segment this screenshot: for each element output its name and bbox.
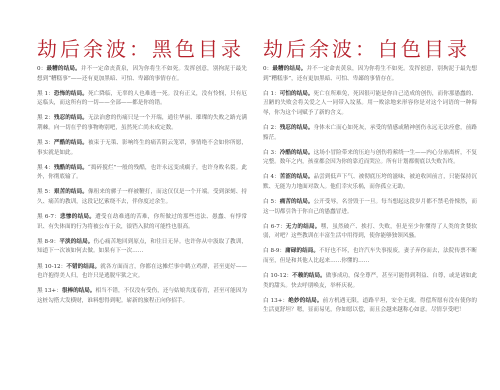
black-entry-6: 黑 6-7：悲惨的结局。遭受在劫难逃的苦难，你所做过的那些违法、愚蠢、有悖常识、… <box>37 213 247 232</box>
entry-heading: 悲惨的结局。 <box>60 214 95 220</box>
white-entry-8: 白 10-12：不赖的结局。做事成功，保全尊严，甚至可能得到利益、自尊，或是诸如… <box>263 272 477 291</box>
entry-range: 白 10-12： <box>263 273 292 279</box>
entry-range: 黑 13+： <box>37 288 62 294</box>
white-entry-2: 白 2：残忍的结局。身体未亡而心如死灰，承受的情感或精神创伤永远无法痊愈，前路黯… <box>263 124 477 143</box>
page: 劫后余波：黑色目录 0：最糟的结局。并不一定命丧黄泉，因为你将生不如死。发挥创意… <box>0 0 500 390</box>
entry-heading: 很棒的结局。 <box>62 288 96 294</box>
white-entry-6: 白 6-7：无力的结局。嘿，虽然破产、挨打、失败，但是至少你懂得了人类的贪婪软弱… <box>263 223 477 242</box>
entry-heading: 庸碌的结局。 <box>285 248 319 254</box>
entry-heading: 残忍的结局。 <box>54 115 88 121</box>
entry-range: 黑 4： <box>37 165 54 171</box>
black-entry-3: 黑 3：严酷的结局。被束于无策、影响终生的痛苦阴云笼罩，事情绝不会如你所愿，事实… <box>37 139 247 158</box>
black-entry-8: 黑 10-12：不错的结局。就各方面而言，你都在这摊烂事中鹤立鸡群，甚至更好——… <box>37 263 247 282</box>
entry-range: 黑 5： <box>37 189 54 195</box>
black-entry-1: 黑 1：恐怖的结局。死亡降临，无辜的人也难逃一死。没有正义，没有怜悯，只有厄运临… <box>37 90 247 109</box>
entry-range: 白 4： <box>263 174 280 180</box>
entry-range: 黑 3： <box>37 140 54 146</box>
entry-heading: 痛苦的结局。 <box>280 199 314 205</box>
white-entry-1: 白 1：可怕的结局。死亡在所难免，死因很可能是你自己造成的创伤，而你那愚蠢的、丑… <box>263 90 477 119</box>
entry-range: 白 8-9： <box>263 248 285 254</box>
white-entry-3: 白 3：冷酷的结局。这场小冒险带来的压迫与创伤将萦绕一生——内心分崩离析，不复完… <box>263 149 477 168</box>
entry-heading: 绝妙的结局。 <box>288 298 322 304</box>
entry-heading: 平淡的结局。 <box>59 239 93 245</box>
entry-range: 黑 2： <box>37 115 54 121</box>
black-table-column: 劫后余波：黑色目录 0：最糟的结局。并不一定命丧黄泉，因为你将生不如死。发挥创意… <box>37 38 247 312</box>
black-entry-2: 黑 2：残忍的结局。无法治愈的伤痛只是一个开端，通往华丽、璀璨的失败之路充满荆棘… <box>37 114 247 133</box>
white-entry-7: 白 8-9：庸碌的结局。不好也不坏，也许汽车失事报废，妻子弃你而去，法院传票不断… <box>263 247 477 266</box>
entry-heading: 最糟的结局。 <box>46 66 80 72</box>
entry-range: 白 3： <box>263 150 280 156</box>
entry-range: 白 1： <box>263 91 280 97</box>
black-entry-4: 黑 4：残酷的结局。“捣碎搅烂”一般的残酷，也许永远变成瘸子，也许身败名裂。此外… <box>37 164 247 183</box>
entry-heading: 不赖的结局。 <box>292 273 326 279</box>
entry-range: 黑 1： <box>37 91 54 97</box>
white-table-title: 劫后余波：白色目录 <box>263 38 477 60</box>
entry-heading: 苦涩的结局。 <box>280 174 314 180</box>
entry-range: 白 13+： <box>263 298 288 304</box>
entry-heading: 严酷的结局。 <box>54 140 88 146</box>
entry-heading: 可怕的结局。 <box>280 91 314 97</box>
black-entry-5: 黑 5：艰苦的结局。像租来的骡子一样被鞭打，而这仅仅是一个开端。受到深刻、持久、… <box>37 188 247 207</box>
entry-heading: 冷酷的结局。 <box>280 150 314 156</box>
entry-range: 黑 6-7： <box>37 214 60 220</box>
entry-heading: 艰苦的结局。 <box>54 189 88 195</box>
entry-heading: 残酷的结局。 <box>54 165 88 171</box>
entry-heading: 恐怖的结局。 <box>54 91 88 97</box>
white-entry-5: 白 5：痛苦的结局。公开受辱，名誉毁于一旦。每当想起这段岁月都不禁毛骨悚然，而这… <box>263 198 477 217</box>
white-table-column: 劫后余波：白色目录 0：最糟的结局。并不一定命丧黄泉，因为你将生不如死。发挥创意… <box>263 38 477 321</box>
entry-range: 黑 8-9： <box>37 239 59 245</box>
entry-heading: 不错的结局。 <box>66 264 100 270</box>
black-entry-9: 黑 13+：很棒的结局。相当不错，不仅没有受伤，还与姑娘共度春宵，甚至可能因为这… <box>37 287 247 306</box>
entry-range: 白 6-7： <box>263 224 286 230</box>
black-table-title: 劫后余波：黑色目录 <box>37 38 247 60</box>
entry-range: 黑 10-12： <box>37 264 66 270</box>
white-entry-4: 白 4：苦涩的结局。品尝到低声下气、被彻底压垮的滋味，被迫收回前言，只能保持沉默… <box>263 173 477 192</box>
white-entry-0: 0：最糟的结局。并不一定命丧黄泉，因为你将生不如死。发挥创意，别拘泥于最先想到“… <box>263 65 477 84</box>
entry-heading: 残忍的结局。 <box>280 125 314 131</box>
black-entry-0: 0：最糟的结局。并不一定命丧黄泉，因为你将生不如死。发挥创意，别拘泥于最先想到“… <box>37 65 247 84</box>
entry-range: 白 5： <box>263 199 280 205</box>
entry-range: 0： <box>263 66 272 72</box>
black-entry-7: 黑 8-9：平淡的结局。伤心痛苦地回到原点，和往日无异。也许你从中汲取了教训，知… <box>37 238 247 257</box>
entry-heading: 无力的结局。 <box>286 224 321 230</box>
entry-heading: 最糟的结局。 <box>272 66 306 72</box>
entry-range: 白 2： <box>263 125 280 131</box>
white-entry-9: 白 13+：绝妙的结局。前方机遇无限，道路平坦，安全无虞。得偿所愿有没有使你的生… <box>263 297 477 316</box>
